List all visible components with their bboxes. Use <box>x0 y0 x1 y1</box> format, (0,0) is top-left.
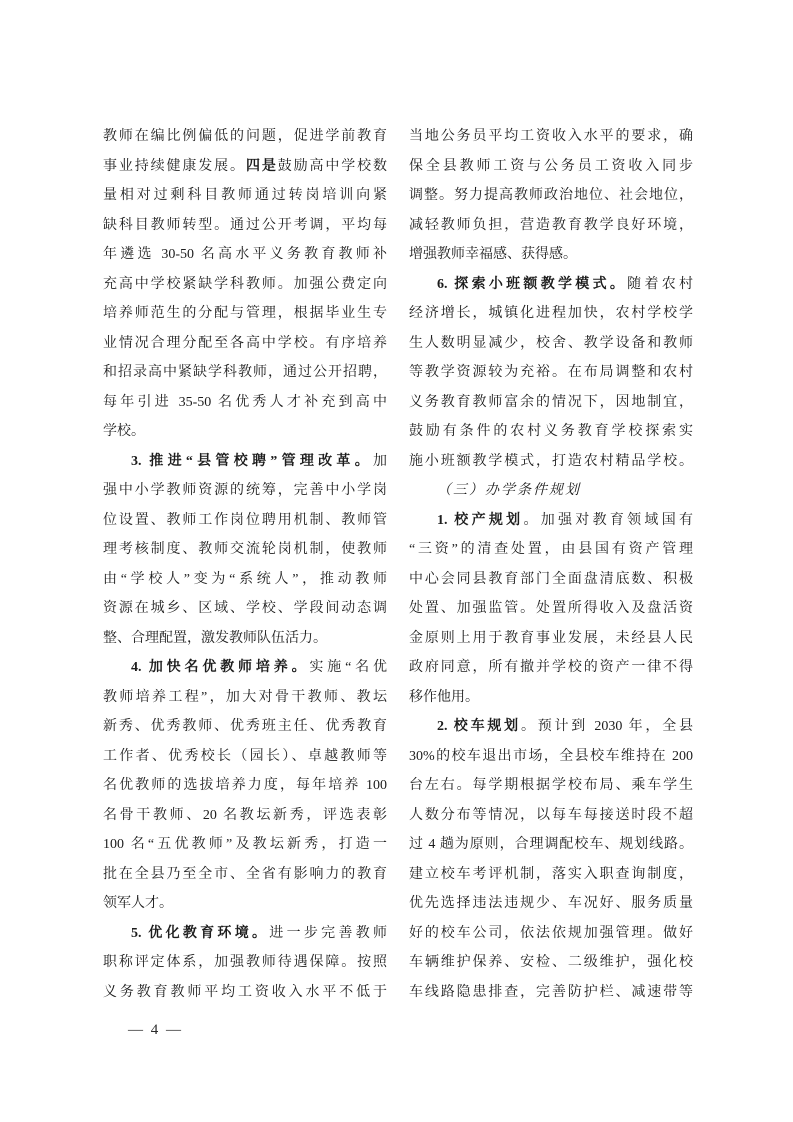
text-line: 批在全县乃至全市、全省有影响力的教育 <box>103 860 387 890</box>
text-line: 位设置、教师工作岗位聘用机制、教师管 <box>103 506 387 536</box>
page-number: — 4 — <box>128 1016 183 1044</box>
text-segment: 100 名“五优教师”及教坛新秀，打造一 <box>103 837 387 852</box>
text-segment: 保全县教师工资与公务员工资收入同步 <box>409 159 693 174</box>
text-line: 量相对过剩科目教师通过转岗培训向紧 <box>103 181 387 211</box>
text-segment: “三资”的清查处置，由县国有资产管理 <box>409 542 693 557</box>
text-line: 车辆维护保养、安检、二级维护，强化校 <box>409 948 693 978</box>
text-segment: 随着农村 <box>627 277 693 292</box>
text-segment: 年遴选 30-50 名高水平义务教育教师补 <box>103 247 387 262</box>
text-line: 鼓励有条件的农村义务教育学校探索实 <box>409 417 693 447</box>
text-segment: 强中小学教师资源的统筹，完善中小学岗 <box>103 483 387 498</box>
text-segment: 和招录高中紧缺学科教师，通过公开招聘， <box>103 365 387 380</box>
text-segment: 批在全县乃至全市、全省有影响力的教育 <box>103 867 387 882</box>
text-segment: 义务教育教师富余的情况下，因地制宜， <box>409 395 693 410</box>
text-segment: 。加强对教育领域国有 <box>523 513 693 528</box>
text-segment: 过 4 趟为原则，合理调配校车、规划线路。 <box>409 837 693 852</box>
document-page: 教师在编比例偏低的问题，促进学前教育事业持续健康发展。四是鼓励高中学校数量相对过… <box>0 0 793 1122</box>
text-line: 政府同意，所有撤并学校的资产一律不得 <box>409 653 693 683</box>
text-segment: 职称评定体系，加强教师待遇保障。按照 <box>103 955 387 970</box>
text-line: 资源在城乡、区域、学校、学段间动态调 <box>103 594 387 624</box>
text-line: 教师培养工程”，加大对骨干教师、教坛 <box>103 683 387 713</box>
text-segment: （三）办学条件规划 <box>437 483 581 498</box>
text-line: 保全县教师工资与公务员工资收入同步 <box>409 152 693 182</box>
text-line: 施小班额教学模式，打造农村精品学校。 <box>409 447 693 477</box>
text-line: 3. 推进“县管校聘”管理改革。加 <box>103 447 387 477</box>
text-segment: 施小班额教学模式，打造农村精品学校。 <box>409 454 693 469</box>
text-segment: 学校。 <box>103 424 145 439</box>
text-line: 1. 校产规划。加强对教育领域国有 <box>409 506 693 536</box>
text-line: 领军人才。 <box>103 889 387 919</box>
text-line: 移作他用。 <box>409 683 693 713</box>
text-line: 工作者、优秀校长（园长）、卓越教师等 <box>103 742 387 772</box>
text-segment: 充高中学校紧缺学科教师。加强公费定向 <box>103 277 387 292</box>
text-line: 建立校车考评机制，落实入职查询制度， <box>409 860 693 890</box>
text-line: 名优教师的选拔培养力度，每年培养 100 <box>103 771 387 801</box>
text-segment: 鼓励高中学校数 <box>278 159 387 174</box>
text-segment: 进一步完善教师 <box>269 926 387 941</box>
text-line: 生人数明显减少，校舍、教学设备和教师 <box>409 329 693 359</box>
text-line: 100 名“五优教师”及教坛新秀，打造一 <box>103 830 387 860</box>
text-segment: 理考核制度、教师交流轮岗机制，使教师 <box>103 542 387 557</box>
text-line: 金原则上用于教育事业发展，未经县人民 <box>409 624 693 654</box>
text-segment: 处置、加强监管。处置所得收入及盘活资 <box>409 601 693 616</box>
text-line: 和招录高中紧缺学科教师，通过公开招聘， <box>103 358 387 388</box>
text-segment: 车线路隐患排查，完善防护栏、减速带等 <box>409 985 693 1000</box>
text-line: 2. 校车规划。预计到 2030 年，全县 <box>409 712 693 742</box>
text-segment-bold: 5. 优化教育环境。 <box>131 926 269 941</box>
text-line: 6. 探索小班额教学模式。随着农村 <box>409 270 693 300</box>
text-line: 好的校车公司，依法依规加强管理。做好 <box>409 919 693 949</box>
text-segment-bold: 2. 校车规划 <box>437 719 521 734</box>
text-segment: 等教学资源较为充裕。在布局调整和农村 <box>409 365 693 380</box>
text-segment: 量相对过剩科目教师通过转岗培训向紧 <box>103 188 387 203</box>
text-segment: 金原则上用于教育事业发展，未经县人民 <box>409 631 693 646</box>
text-segment: 台左右。每学期根据学校布局、乘车学生 <box>409 778 693 793</box>
text-line: 每年引进 35-50 名优秀人才补充到高中 <box>103 388 387 418</box>
text-segment: 名优教师的选拔培养力度，每年培养 100 <box>103 778 387 793</box>
text-line: 减轻教师负担，营造教育教学良好环境， <box>409 211 693 241</box>
text-segment: 名骨干教师、20 名教坛新秀，评选表彰 <box>103 808 387 823</box>
text-segment: 领军人才。 <box>103 896 173 911</box>
text-segment: 好的校车公司，依法依规加强管理。做好 <box>409 926 693 941</box>
text-line: 5. 优化教育环境。进一步完善教师 <box>103 919 387 949</box>
text-line: 培养师范生的分配与管理，根据毕业生专 <box>103 299 387 329</box>
text-segment: 每年引进 35-50 名优秀人才补充到高中 <box>103 395 387 410</box>
text-segment: 30%的校车退出市场，全县校车维持在 200 <box>409 749 693 764</box>
text-segment-bold: 1. 校产规划 <box>437 513 523 528</box>
text-line: 义务教育教师平均工资收入水平不低于 <box>103 978 387 1008</box>
text-line: 理考核制度、教师交流轮岗机制，使教师 <box>103 535 387 565</box>
text-line: 由“学校人”变为“系统人”，推动教师 <box>103 565 387 595</box>
text-line: 名骨干教师、20 名教坛新秀，评选表彰 <box>103 801 387 831</box>
text-line: 30%的校车退出市场，全县校车维持在 200 <box>409 742 693 772</box>
text-segment: 政府同意，所有撤并学校的资产一律不得 <box>409 660 693 675</box>
text-segment-bold: 4. 加快名优教师培养。 <box>131 660 309 675</box>
text-line: 车线路隐患排查，完善防护栏、减速带等 <box>409 978 693 1008</box>
text-line: 4. 加快名优教师培养。实施“名优 <box>103 653 387 683</box>
text-line: 人数分布等情况，以每车每接送时段不超 <box>409 801 693 831</box>
text-segment: 减轻教师负担，营造教育教学良好环境， <box>409 218 693 233</box>
text-column-right: 当地公务员平均工资收入水平的要求，确保全县教师工资与公务员工资收入同步调整。努力… <box>409 122 693 1007</box>
text-segment: 整、合理配置，激发教师队伍活力。 <box>103 631 327 646</box>
text-segment: 工作者、优秀校长（园长）、卓越教师等 <box>103 749 387 764</box>
text-segment: 中心会同县教育部门全面盘清底数、积极 <box>409 572 693 587</box>
text-line: 处置、加强监管。处置所得收入及盘活资 <box>409 594 693 624</box>
text-segment: 调整。努力提高教师政治地位、社会地位， <box>409 188 693 203</box>
text-line: 强中小学教师资源的统筹，完善中小学岗 <box>103 476 387 506</box>
text-line: 年遴选 30-50 名高水平义务教育教师补 <box>103 240 387 270</box>
text-line: 经济增长，城镇化进程加快，农村学校学 <box>409 299 693 329</box>
text-line: 职称评定体系，加强教师待遇保障。按照 <box>103 948 387 978</box>
text-line: 调整。努力提高教师政治地位、社会地位， <box>409 181 693 211</box>
text-segment: 。预计到 2030 年，全县 <box>521 719 693 734</box>
text-line: 等教学资源较为充裕。在布局调整和农村 <box>409 358 693 388</box>
text-line: 整、合理配置，激发教师队伍活力。 <box>103 624 387 654</box>
text-line: （三）办学条件规划 <box>409 476 693 506</box>
text-line: 台左右。每学期根据学校布局、乘车学生 <box>409 771 693 801</box>
text-segment: 增强教师幸福感、获得感。 <box>409 247 577 262</box>
text-segment: 人数分布等情况，以每车每接送时段不超 <box>409 808 693 823</box>
text-line: 义务教育教师富余的情况下，因地制宜， <box>409 388 693 418</box>
text-segment: 生人数明显减少，校舍、教学设备和教师 <box>409 336 693 351</box>
text-segment: 培养师范生的分配与管理，根据毕业生专 <box>103 306 387 321</box>
text-segment: 实施“名优 <box>309 660 387 675</box>
text-segment: 车辆维护保养、安检、二级维护，强化校 <box>409 955 693 970</box>
text-line: 充高中学校紧缺学科教师。加强公费定向 <box>103 270 387 300</box>
text-segment: 位设置、教师工作岗位聘用机制、教师管 <box>103 513 387 528</box>
text-column-left: 教师在编比例偏低的问题，促进学前教育事业持续健康发展。四是鼓励高中学校数量相对过… <box>103 122 387 1007</box>
text-segment: 经济增长，城镇化进程加快，农村学校学 <box>409 306 693 321</box>
text-segment: 当地公务员平均工资收入水平的要求，确 <box>409 129 693 144</box>
text-line: 新秀、优秀教师、优秀班主任、优秀教育 <box>103 712 387 742</box>
text-segment: 鼓励有条件的农村义务教育学校探索实 <box>409 424 693 439</box>
text-line: 缺科目教师转型。通过公开考调，平均每 <box>103 211 387 241</box>
text-segment: 优先选择违法违规少、车况好、服务质量 <box>409 896 693 911</box>
text-segment: 新秀、优秀教师、优秀班主任、优秀教育 <box>103 719 387 734</box>
text-segment-bold: 6. 探索小班额教学模式。 <box>437 277 627 292</box>
text-line: 当地公务员平均工资收入水平的要求，确 <box>409 122 693 152</box>
text-segment: 业情况合理分配至各高中学校。有序培养 <box>103 336 387 351</box>
text-segment-bold: 3. 推进“县管校聘”管理改革。 <box>131 454 373 469</box>
text-line: 优先选择违法违规少、车况好、服务质量 <box>409 889 693 919</box>
text-line: 过 4 趟为原则，合理调配校车、规划线路。 <box>409 830 693 860</box>
text-line: 业情况合理分配至各高中学校。有序培养 <box>103 329 387 359</box>
text-segment: 建立校车考评机制，落实入职查询制度， <box>409 867 693 882</box>
text-segment: 教师培养工程”，加大对骨干教师、教坛 <box>103 690 387 705</box>
text-segment: 缺科目教师转型。通过公开考调，平均每 <box>103 218 387 233</box>
text-line: 学校。 <box>103 417 387 447</box>
text-segment: 移作他用。 <box>409 690 479 705</box>
text-segment: 加 <box>373 454 387 469</box>
text-line: 中心会同县教育部门全面盘清底数、积极 <box>409 565 693 595</box>
text-segment: 由“学校人”变为“系统人”，推动教师 <box>103 572 387 587</box>
text-line: 增强教师幸福感、获得感。 <box>409 240 693 270</box>
text-line: “三资”的清查处置，由县国有资产管理 <box>409 535 693 565</box>
text-segment: 教师在编比例偏低的问题，促进学前教育 <box>103 129 387 144</box>
text-segment: 事业持续健康发展。 <box>103 159 246 174</box>
text-line: 教师在编比例偏低的问题，促进学前教育 <box>103 122 387 152</box>
text-segment: 义务教育教师平均工资收入水平不低于 <box>103 985 387 1000</box>
text-segment-bold: 四是 <box>246 159 278 174</box>
text-segment: 资源在城乡、区域、学校、学段间动态调 <box>103 601 387 616</box>
text-line: 事业持续健康发展。四是鼓励高中学校数 <box>103 152 387 182</box>
